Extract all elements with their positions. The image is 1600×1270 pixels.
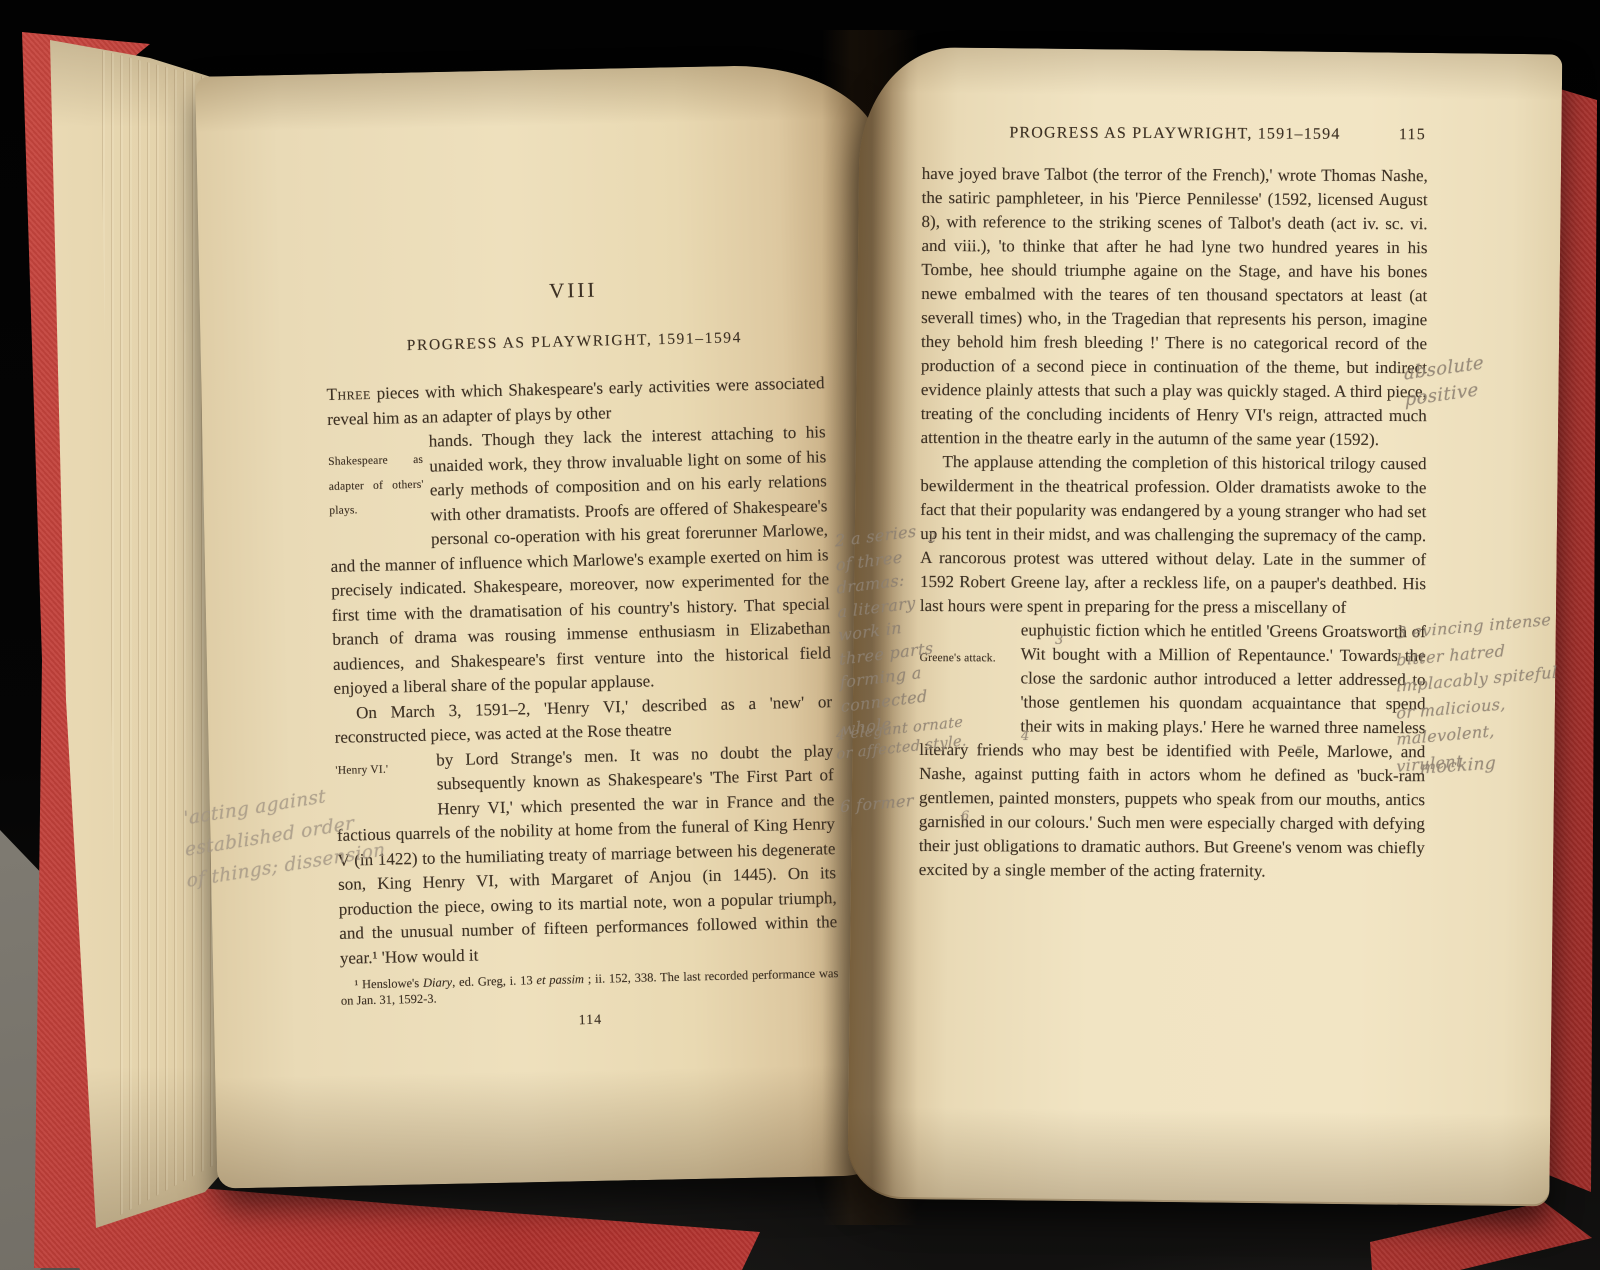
- footnote-italic-et-passim: et passim: [536, 972, 584, 987]
- paragraph: The applause attending the completion of…: [920, 450, 1427, 620]
- right-page-body: have joyed brave Talbot (the terror of t…: [919, 162, 1428, 884]
- pencil-mark-4: 4: [1021, 729, 1030, 744]
- pencil-note-absolute-positive: absolute positive: [1403, 350, 1485, 413]
- footnote: ¹ Henslowe's Diary, ed. Greg, i. 13 et p…: [340, 965, 839, 1009]
- paragraph-text: pieces with which Shakespeare's early ac…: [327, 373, 825, 428]
- right-page-text-block: PROGRESS AS PLAYWRIGHT, 1591–1594 115 ha…: [919, 124, 1428, 884]
- footnote-italic-diary: Diary: [423, 975, 452, 990]
- pencil-mark-3: 3: [1055, 633, 1064, 648]
- pencil-mark-5: 5: [1295, 745, 1304, 760]
- pencil-note-series-of-dramas: 2 a series of three dramas: a literary w…: [835, 518, 937, 742]
- paragraph: Shakespeare as adapter of others' plays.…: [327, 420, 831, 701]
- printed-sidenote-shakespeare-adapter: Shakespeare as adapter of others' plays.: [327, 430, 425, 546]
- paragraph-lead-word: Three: [326, 384, 371, 404]
- pencil-mark-6: 6: [961, 809, 970, 824]
- running-header: PROGRESS AS PLAYWRIGHT, 1591–1594 115: [922, 124, 1428, 144]
- pencil-mark-2: 2: [928, 531, 937, 546]
- left-page-text-block: VIII PROGRESS AS PLAYWRIGHT, 1591–1594 T…: [324, 272, 840, 1039]
- paragraph: have joyed brave Talbot (the terror of t…: [921, 162, 1428, 452]
- left-page-body: Three pieces with which Shakespeare's ea…: [326, 371, 839, 1039]
- running-header-title: PROGRESS AS PLAYWRIGHT, 1591–1594: [1009, 124, 1340, 142]
- right-page-number: 115: [1399, 126, 1426, 144]
- paragraph: 'Henry VI.' by Lord Strange's men. It wa…: [335, 739, 838, 971]
- chapter-title: PROGRESS AS PLAYWRIGHT, 1591–1594: [325, 327, 823, 357]
- book-photo: VIII PROGRESS AS PLAYWRIGHT, 1591–1594 T…: [0, 0, 1600, 1270]
- paragraph: Greene's attack. euphuistic fiction whic…: [919, 618, 1426, 884]
